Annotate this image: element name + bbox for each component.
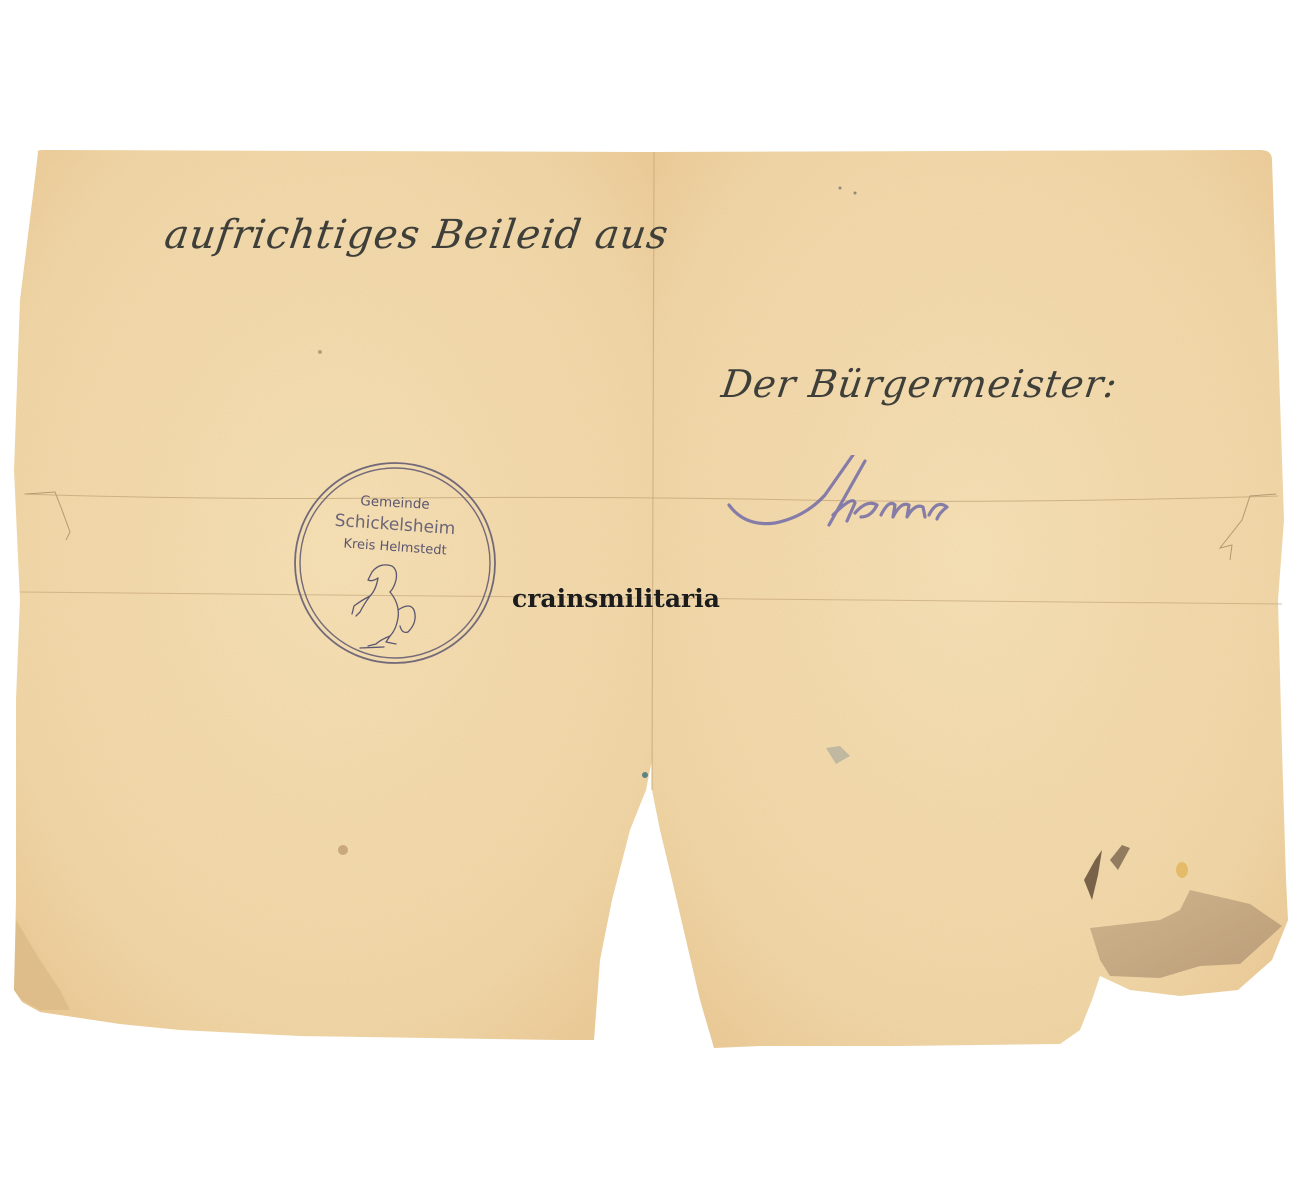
handwritten-mayor-title: Der Bürgermeister: bbox=[719, 362, 1121, 406]
municipal-stamp: Gemeinde Schickelsheim Kreis Helmstedt bbox=[292, 460, 498, 666]
spot bbox=[642, 772, 648, 778]
rearing-horse-icon bbox=[350, 560, 430, 650]
spot bbox=[854, 192, 857, 195]
spot bbox=[839, 187, 842, 190]
spot bbox=[338, 845, 348, 855]
watermark-text: crainsmilitaria bbox=[512, 584, 720, 613]
stain-spot bbox=[1176, 862, 1188, 878]
spot bbox=[318, 350, 322, 354]
handwritten-signature-icon bbox=[725, 455, 965, 545]
handwritten-condolence-line: aufrichtiges Beileid aus bbox=[162, 212, 672, 258]
